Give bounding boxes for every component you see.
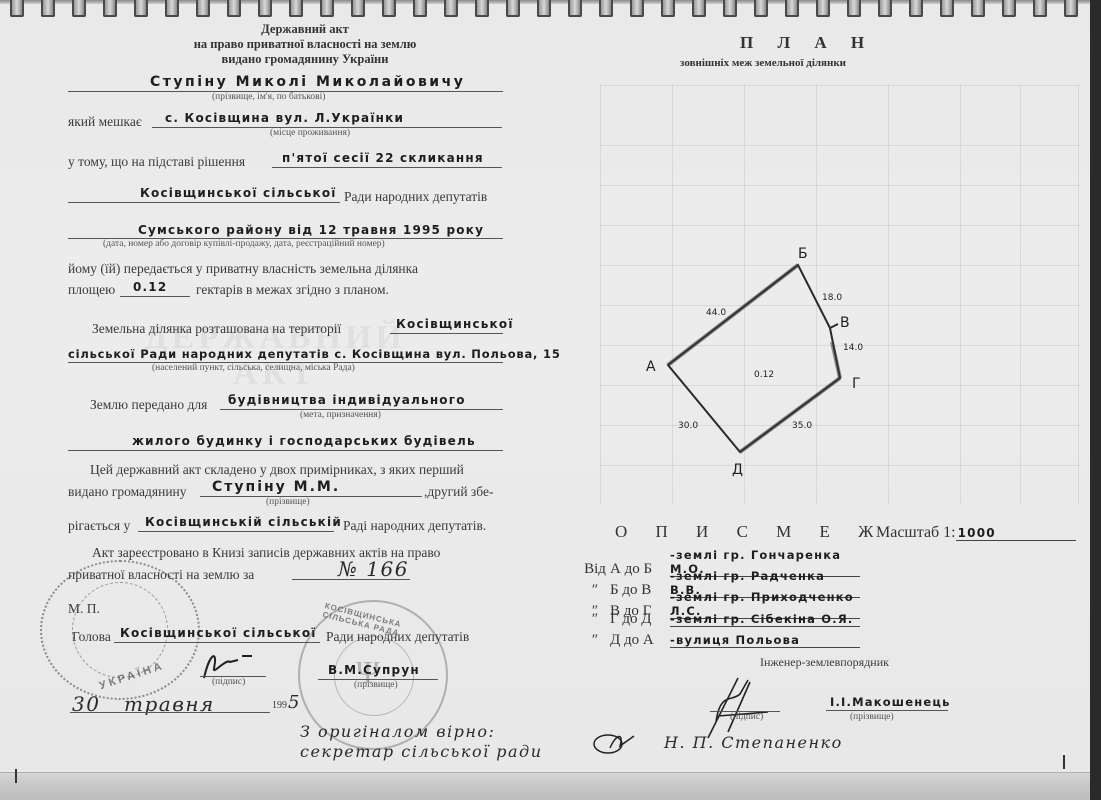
council-value: Косівщинської сільської — [140, 186, 337, 200]
svg-text:Г: Г — [852, 376, 861, 392]
copies-suffix: ,другий збе- — [424, 484, 493, 500]
boundary-prefix: ″ — [580, 611, 610, 628]
scan-edge-shadow — [1090, 0, 1101, 800]
head-council-value: Косівщинської сільської — [120, 626, 317, 640]
certification-line-1: З оригіналом вірно: — [300, 722, 495, 741]
certification-signer: Н. П. Степаненко — [664, 733, 843, 752]
boundary-segment: Д до А — [610, 632, 670, 649]
engineer-label: Інженер-землевпорядник — [760, 655, 889, 670]
engineer-signature — [698, 672, 778, 742]
boundary-row: ″Б до В-землі гр. Радченка В.В. — [580, 569, 860, 589]
head-label: Голова — [72, 629, 111, 645]
svg-text:Б: Б — [798, 246, 808, 262]
svg-text:Д: Д — [732, 462, 743, 478]
area-value: 0.12 — [133, 280, 167, 294]
location-caption: (населений пункт, сільська, селищна, міс… — [152, 363, 355, 373]
boundary-description: -вулиця Польова — [670, 633, 860, 648]
kept-value: Косівщинській сільській — [145, 515, 342, 529]
register-number: № 166 — [338, 557, 409, 581]
scale: Масштаб 1:1000 — [876, 524, 1076, 542]
boundary-description: -землі гр. Сібекіна О.Я. — [670, 612, 860, 627]
copies-caption: (прізвище) — [266, 497, 310, 507]
svg-text:В: В — [840, 315, 850, 331]
certificate-title: Державний акт на право приватної власнос… — [180, 22, 430, 67]
secretary-signature — [590, 728, 640, 758]
residence-label: який мешкає — [68, 114, 142, 130]
svg-text:30.0: 30.0 — [678, 421, 698, 431]
mp-label: М. П. — [68, 601, 100, 617]
plan-page: П Л А Н зовнішніх меж земельної ділянки … — [560, 0, 1090, 772]
transfer-text: йому (їй) передається у приватну власніс… — [68, 261, 418, 277]
basis-label: у тому, що на підставі рішення — [68, 154, 245, 170]
svg-text:0.12: 0.12 — [754, 370, 774, 380]
area-suffix: гектарів в межах згідно з планом. — [196, 282, 389, 298]
engineer-name-caption: (прізвище) — [850, 712, 894, 722]
boundary-row: ″Д до А-вулиця Польова — [580, 632, 860, 652]
boundary-segment: Г до Д — [610, 611, 670, 628]
copies-label: видано громадянину — [68, 484, 187, 500]
certificate-page: ДЕРЖАВНИЙ АКТ Державний акт на право при… — [0, 0, 550, 772]
purpose-label: Землю передано для — [90, 397, 207, 413]
signature-caption: (підпис) — [212, 677, 245, 687]
location-value-1: Косівщинської — [396, 317, 514, 331]
plan-title: П Л А Н — [740, 33, 874, 53]
engineer-name: І.І.Макошенець — [830, 695, 951, 709]
council-label: Ради народних депутатів — [344, 189, 487, 205]
plot-diagram: А Б В Г Д 44.0 18.0 14.0 35.0 30.0 0.12 — [620, 230, 900, 490]
purpose-value-2: жилого будинку і господарських будівель — [132, 434, 476, 448]
district-caption: (дата, номер або договір купівлі-продажу… — [103, 239, 385, 249]
area-label: площею — [68, 282, 115, 298]
location-value-2: сільської Ради народних депутатів с. Кос… — [68, 347, 561, 361]
certification-line-2: секретар сільської ради — [300, 742, 543, 761]
boundary-title: О П И С М Е Ж — [615, 522, 885, 542]
engineer-signature-caption: (підпис) — [730, 712, 763, 722]
purpose-caption: (мета, призначення) — [300, 410, 381, 420]
svg-text:А: А — [646, 359, 656, 375]
boundary-row: ″Г до Д-землі гр. Сібекіна О.Я. — [580, 611, 860, 631]
svg-text:35.0: 35.0 — [792, 421, 812, 431]
residence-value: с. Косівщина вул. Л.Українки — [165, 111, 404, 125]
boundary-prefix: ″ — [580, 632, 610, 649]
plan-subtitle: зовнішніх меж земельної ділянки — [680, 57, 846, 69]
head-name-caption: (прізвище) — [354, 680, 398, 690]
copies-text: Цей державний акт складено у двох примір… — [90, 462, 464, 478]
boundary-row: ″В до Г-землі гр. Приходченко Л.С. — [580, 590, 860, 610]
owner-name-caption: (прізвище, ім'я, по батькові) — [212, 92, 325, 102]
sheet-bottom-edge — [0, 772, 1090, 800]
date-year-prefix: 199 — [272, 700, 287, 711]
kept-suffix: Раді народних депутатів. — [343, 518, 486, 534]
head-name: В.М.Супрун — [328, 663, 420, 677]
location-label: Земельна ділянка розташована на територі… — [92, 321, 341, 337]
svg-text:18.0: 18.0 — [822, 293, 842, 303]
owner-name: Ступіну Миколі Миколайовичу — [150, 74, 465, 90]
copies-value: Ступіну М.М. — [212, 479, 340, 495]
district-value: Сумського району від 12 травня 1995 року — [138, 223, 484, 237]
svg-text:44.0: 44.0 — [706, 308, 726, 318]
kept-label: рігається у — [68, 518, 130, 534]
svg-text:14.0: 14.0 — [843, 343, 863, 353]
boundary-row: ВідА до Б-землі гр. Гончаренка М.О. — [580, 548, 860, 568]
purpose-value-1: будівництва індивідуального — [228, 393, 466, 407]
residence-caption: (місце проживання) — [270, 128, 350, 138]
date-year-suffix: 5 — [288, 692, 301, 713]
document-spread: ДЕРЖАВНИЙ АКТ Державний акт на право при… — [0, 0, 1090, 772]
basis-value: п'ятої сесії 22 скликання — [282, 151, 484, 165]
